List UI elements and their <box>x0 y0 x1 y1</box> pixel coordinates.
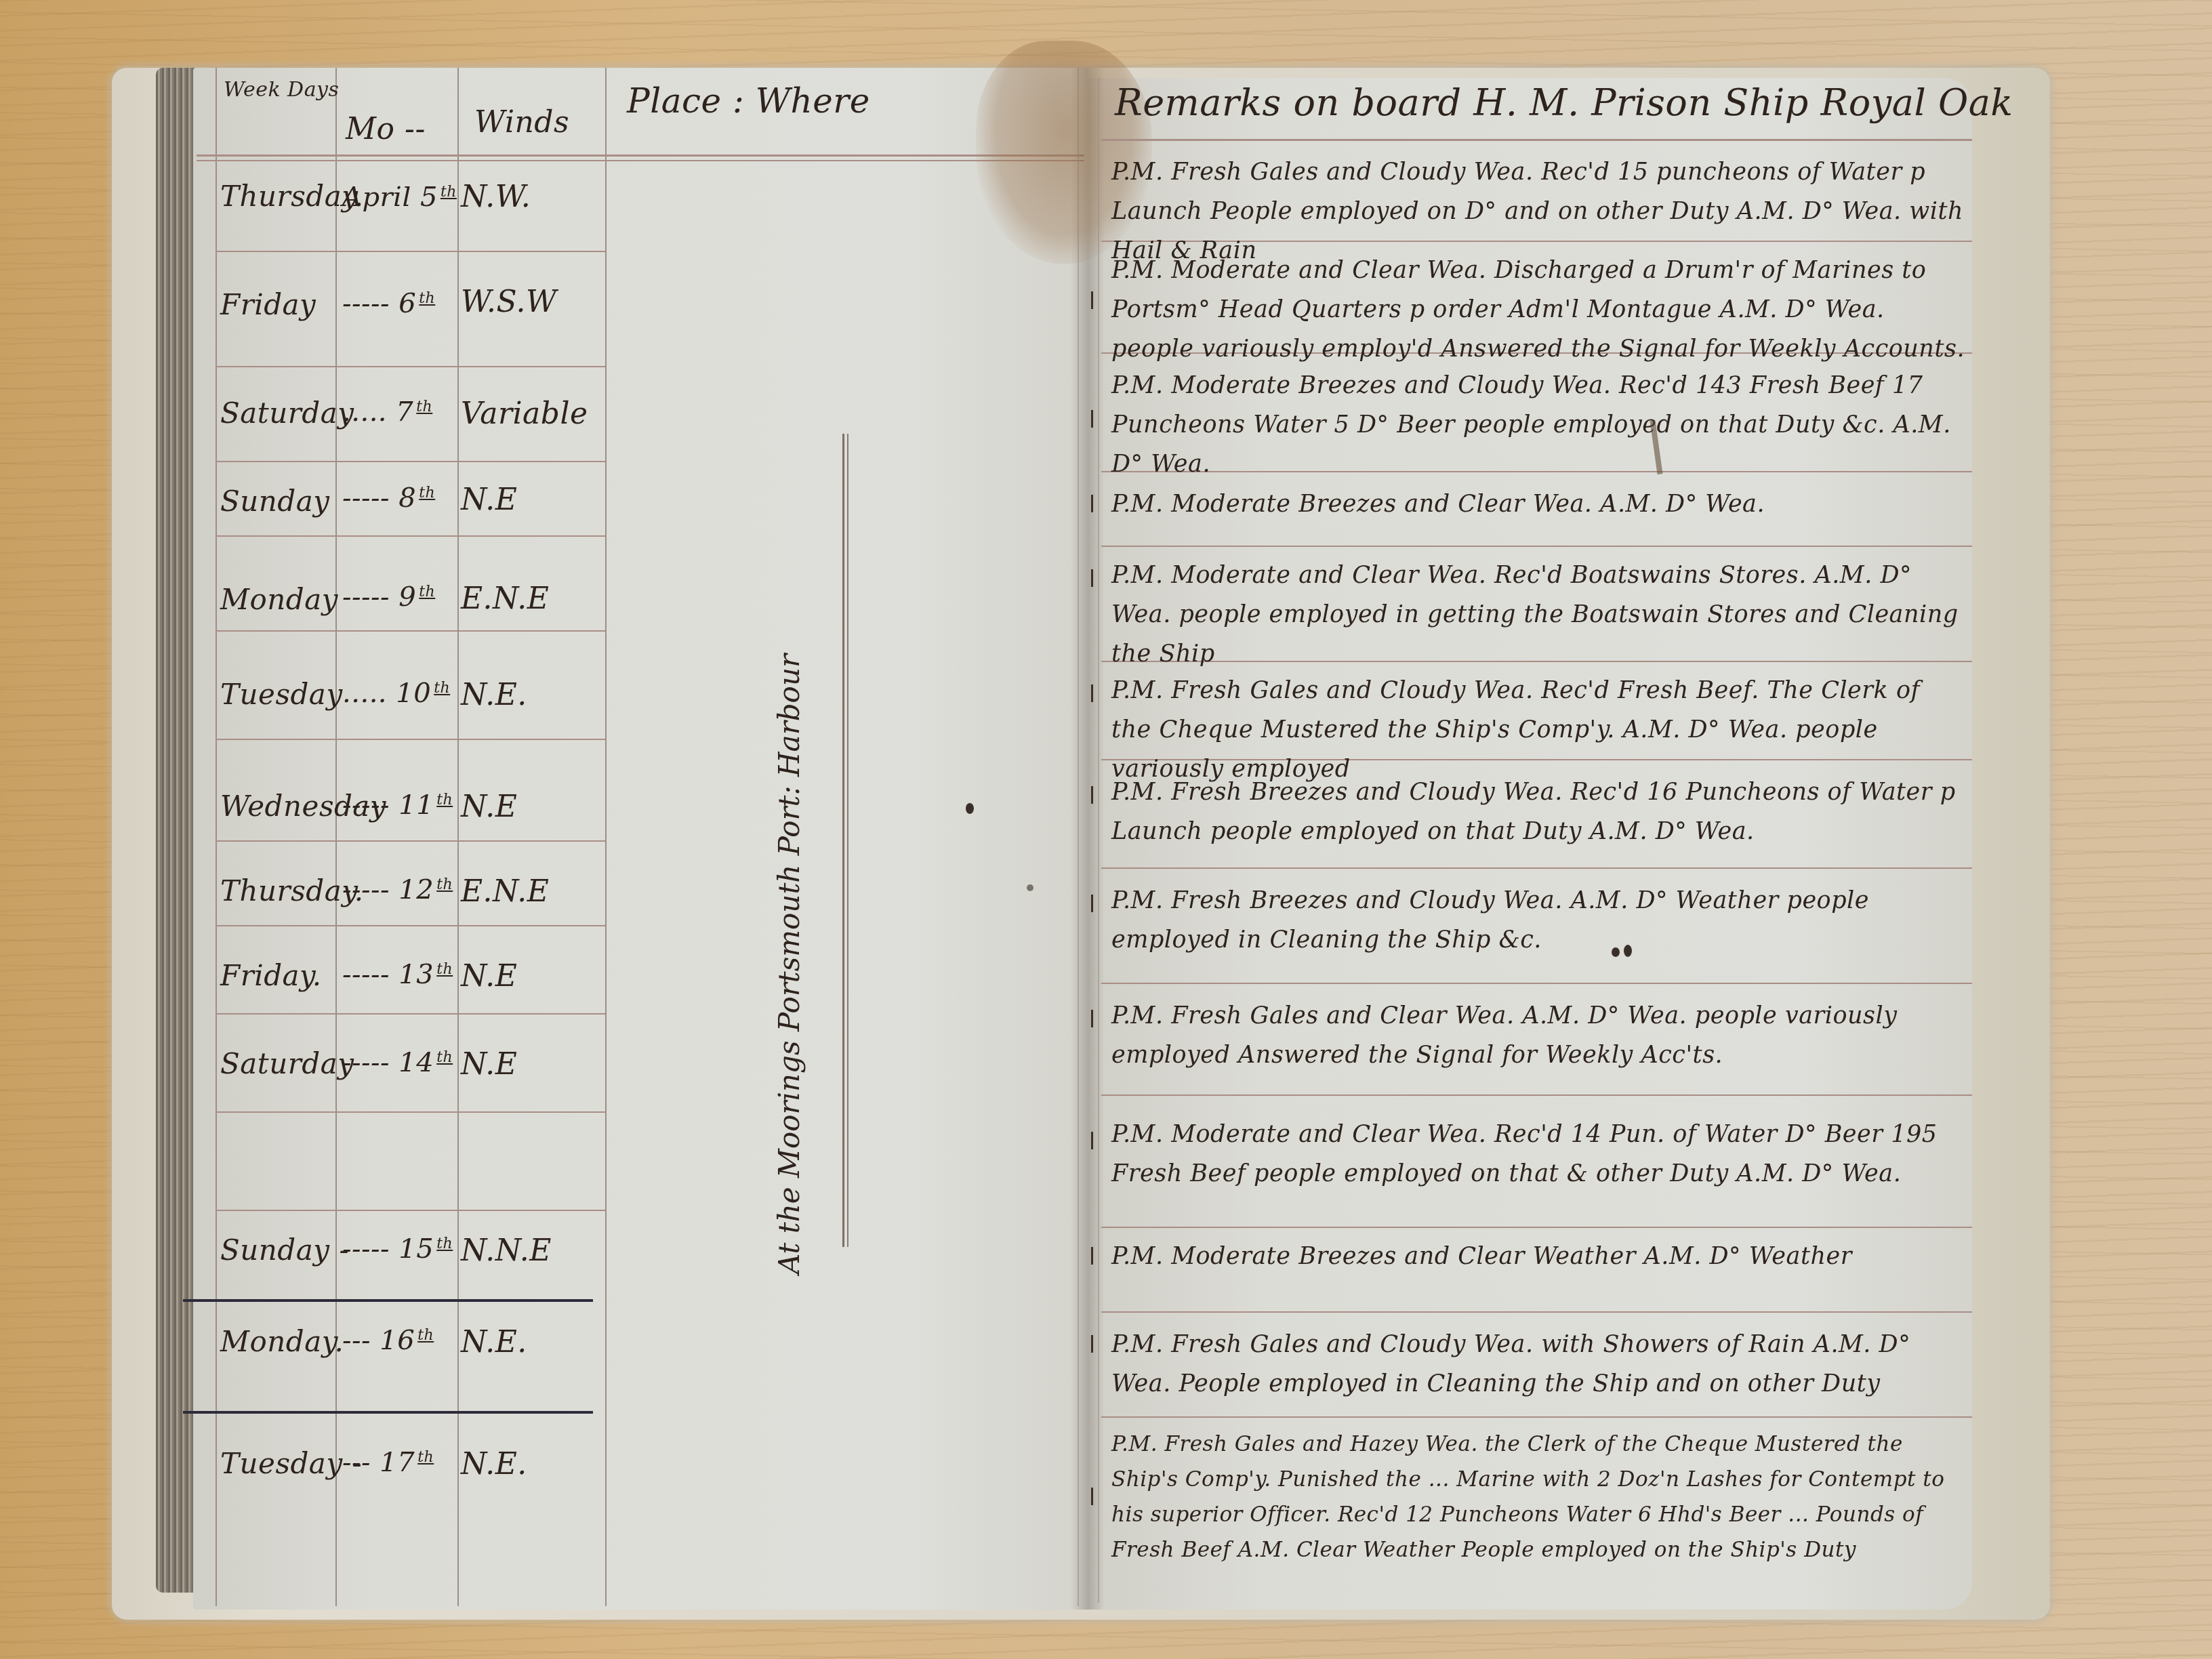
row-rule <box>1101 1416 1972 1418</box>
column-rule <box>335 68 337 1606</box>
remark-entry: P.M. Moderate Breezes and Cloudy Wea. Re… <box>1111 366 1965 484</box>
remark-entry: P.M. Moderate and Clear Wea. Rec'd 14 Pu… <box>1111 1115 1965 1193</box>
margin-tick <box>1091 786 1093 804</box>
date-cell: ..... 10th <box>342 678 450 709</box>
wind-cell: N.E <box>461 483 517 517</box>
day-cell: Sunday - <box>220 1233 349 1267</box>
date-cell: ----- 12th <box>342 874 453 905</box>
margin-tick <box>1091 1132 1093 1149</box>
margin-tick <box>1091 1247 1093 1265</box>
margin-tick <box>1091 1335 1093 1353</box>
row-rule <box>216 925 605 926</box>
wind-cell: N.W. <box>461 180 531 214</box>
date-cell: --- 17th <box>342 1447 434 1478</box>
row-rule <box>216 461 605 462</box>
wind-cell: N.E. <box>461 678 527 712</box>
header-rule <box>197 155 1084 157</box>
double-rule <box>847 434 848 1247</box>
gutter-shadow <box>1071 68 1105 1610</box>
remark-entry: P.M. Fresh Gales and Hazey Wea. the Cler… <box>1111 1427 1965 1568</box>
date-cell: ----- 6th <box>342 288 435 319</box>
wind-cell: E.N.E <box>461 581 549 616</box>
row-rule <box>1101 1311 1972 1313</box>
row-rule <box>1101 1094 1972 1096</box>
day-cell: Friday <box>220 288 316 321</box>
row-rule <box>216 366 605 367</box>
week-separator-rule <box>183 1411 593 1414</box>
wind-cell: W.S.W <box>461 285 557 319</box>
date-cell: ----- 14th <box>342 1047 453 1078</box>
wind-cell: N.E <box>461 959 517 994</box>
remark-entry: P.M. Fresh Breezes and Cloudy Wea. Rec'd… <box>1111 773 1965 851</box>
margin-tick <box>1091 410 1093 428</box>
day-cell: Tuesday - <box>220 1447 362 1480</box>
remark-entry: P.M. Fresh Gales and Cloudy Wea. Rec'd F… <box>1111 671 1965 789</box>
day-cell: Monday <box>220 583 338 616</box>
date-cell: ----- 11th <box>342 790 453 821</box>
margin-rule <box>1098 78 1099 1603</box>
column-rule <box>605 68 607 1606</box>
column-rule <box>216 68 217 1606</box>
double-rule <box>842 434 844 1247</box>
ink-blot <box>966 803 974 814</box>
margin-tick <box>1091 895 1093 912</box>
row-rule <box>1101 139 1972 141</box>
column-rule <box>457 68 459 1606</box>
margin-tick <box>1091 291 1093 309</box>
margin-tick <box>1091 1488 1093 1505</box>
header-winds: Winds <box>474 105 569 140</box>
remark-entry: P.M. Moderate Breezes and Clear Wea. A.M… <box>1111 485 1965 524</box>
date-cell: ----- 8th <box>342 483 435 514</box>
day-cell: Saturday <box>220 1047 354 1080</box>
date-cell: ----- 9th <box>342 581 435 613</box>
date-cell: ..... 7th <box>342 396 432 428</box>
page-edges <box>156 68 197 1593</box>
wind-cell: Variable <box>461 396 588 431</box>
header-place-where: Place : Where <box>627 81 870 121</box>
row-rule <box>216 1013 605 1015</box>
left-page <box>193 68 1088 1610</box>
remark-entry: P.M. Moderate and Clear Wea. Discharged … <box>1111 251 1965 369</box>
ink-blot <box>1027 884 1033 891</box>
remark-entry: P.M. Moderate and Clear Wea. Rec'd Boats… <box>1111 556 1965 674</box>
ink-blot <box>1612 947 1620 957</box>
row-rule <box>1101 983 1972 984</box>
day-cell: Monday. <box>220 1325 344 1358</box>
header-rule <box>197 160 1084 161</box>
header-week: Week Days <box>224 78 339 102</box>
day-cell: Friday. <box>220 959 322 992</box>
place-where-vertical-text: At the Moorings Portsmouth Port: Harbour <box>773 654 806 1274</box>
remark-entry: P.M. Moderate Breezes and Clear Weather … <box>1111 1237 1965 1276</box>
day-cell: Tuesday <box>220 678 343 711</box>
remark-entry: P.M. Fresh Gales and Clear Wea. A.M. D° … <box>1111 996 1965 1075</box>
wind-cell: N.E. <box>461 1447 527 1481</box>
day-cell: Saturday <box>220 396 354 430</box>
wind-cell: N.N.E <box>461 1233 552 1268</box>
row-rule <box>1101 1227 1972 1228</box>
row-rule <box>216 739 605 740</box>
date-cell: ----- 15th <box>342 1233 453 1265</box>
wind-cell: N.E <box>461 790 517 824</box>
date-cell: ----- 13th <box>342 959 453 990</box>
page-title: Remarks on board H. M. Prison Ship Royal… <box>1115 81 2013 124</box>
margin-tick <box>1091 1010 1093 1027</box>
ink-blot <box>1624 945 1632 957</box>
date-cell: April 5th <box>342 182 457 213</box>
remark-entry: P.M. Fresh Gales and Cloudy Wea. with Sh… <box>1111 1325 1965 1404</box>
wind-cell: N.E <box>461 1047 517 1082</box>
row-rule <box>216 1210 605 1211</box>
wind-cell: E.N.E <box>461 874 549 909</box>
row-rule <box>1101 867 1972 869</box>
row-rule <box>216 535 605 537</box>
margin-tick <box>1091 684 1093 702</box>
margin-tick <box>1091 495 1093 512</box>
date-cell: --- 16th <box>342 1325 434 1356</box>
row-rule <box>216 840 605 842</box>
row-rule <box>216 251 605 252</box>
row-rule <box>216 1111 605 1113</box>
wind-cell: N.E. <box>461 1325 527 1359</box>
row-rule <box>216 630 605 632</box>
remark-entry: P.M. Fresh Breezes and Cloudy Wea. A.M. … <box>1111 881 1965 960</box>
row-rule <box>1101 546 1972 547</box>
margin-tick <box>1091 569 1093 587</box>
day-cell: Sunday <box>220 485 330 518</box>
week-separator-rule <box>183 1299 593 1302</box>
header-month: Mo -- <box>346 112 426 146</box>
